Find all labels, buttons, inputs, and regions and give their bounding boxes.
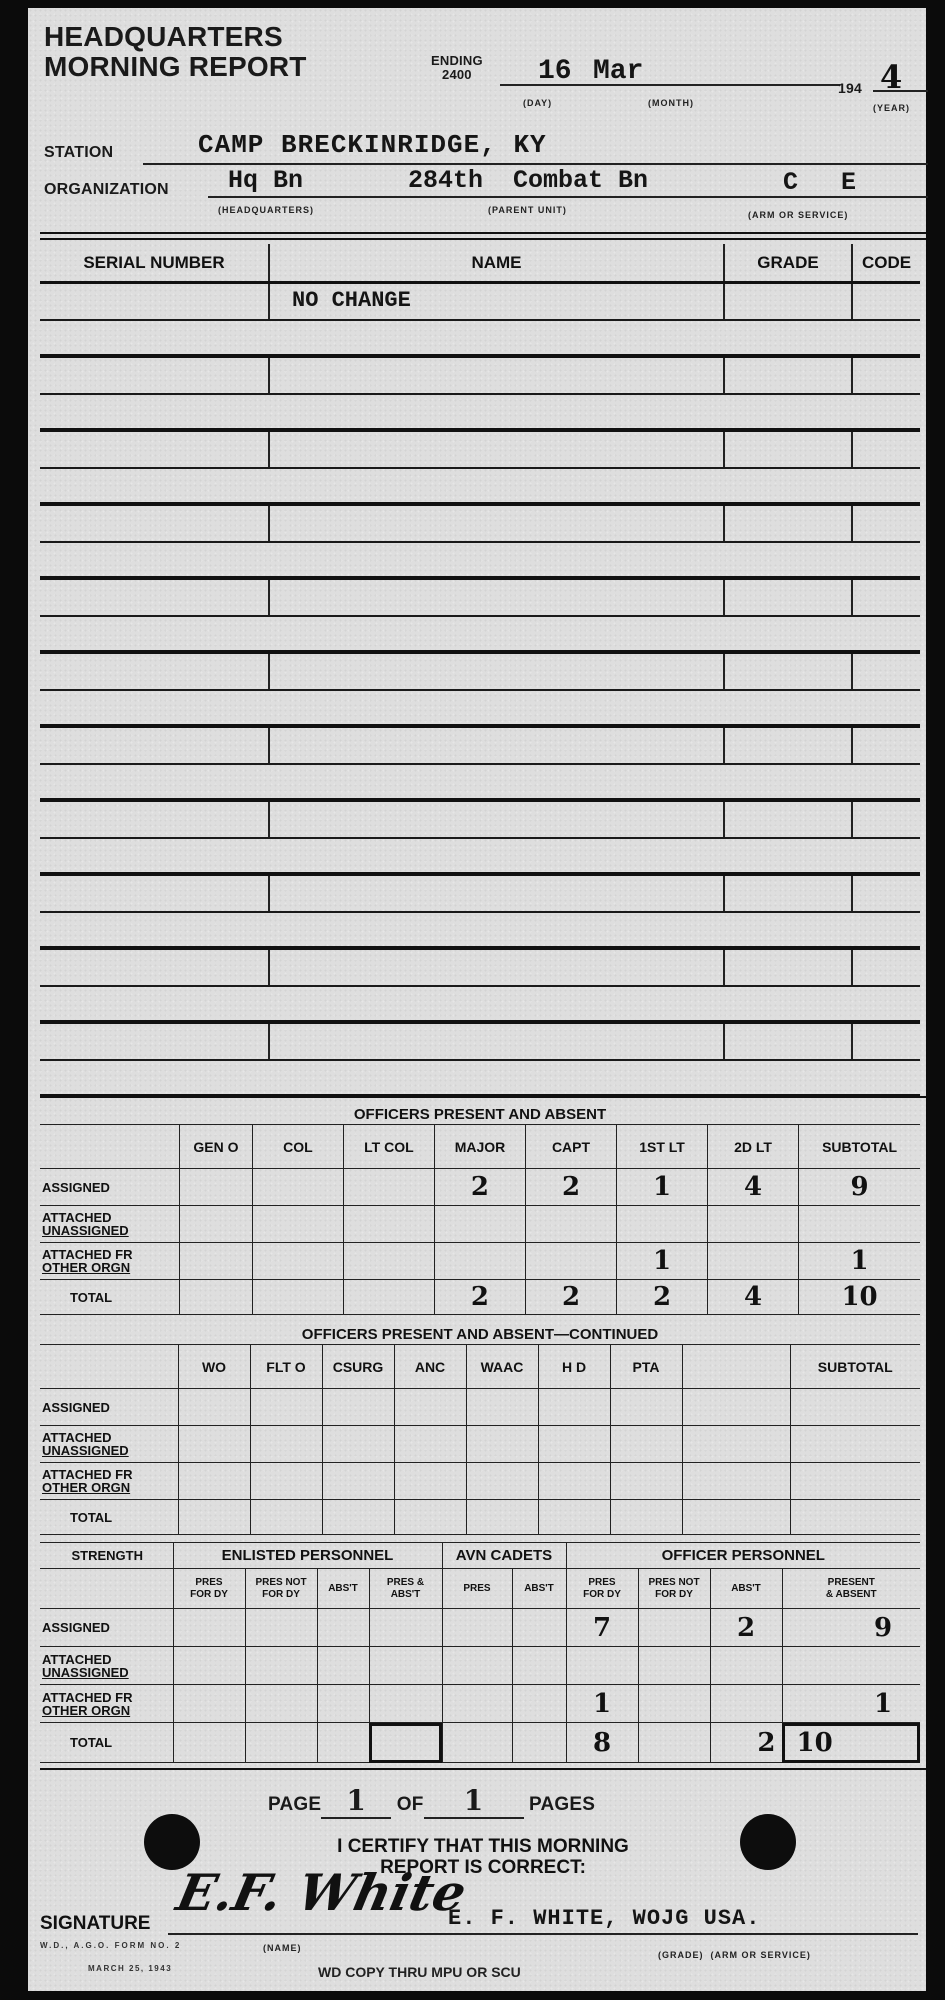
grade-cell[interactable]	[723, 580, 851, 615]
sub-header-line: FOR DY	[246, 1589, 317, 1601]
strength-row-total: TOTAL 8 2 10	[40, 1723, 920, 1763]
data-cell[interactable]	[180, 1206, 253, 1243]
sub-header-line: PRES NOT	[246, 1577, 317, 1589]
data-cell[interactable]	[245, 1647, 317, 1685]
of-label: OF	[397, 1794, 424, 1815]
sub-header: PRES &ABS'T	[369, 1569, 442, 1609]
roster-remarks-row[interactable]	[40, 321, 920, 358]
pages-label: PAGES	[529, 1794, 595, 1815]
data-cell[interactable]	[638, 1685, 710, 1723]
data-cell[interactable]	[343, 1169, 434, 1206]
grade-cell[interactable]	[723, 950, 851, 985]
data-cell[interactable]: 4	[708, 1169, 799, 1206]
data-cell[interactable]	[173, 1723, 245, 1763]
row-label: ASSIGNED	[40, 1389, 178, 1426]
row-label-line-2: OTHER ORGN	[42, 1261, 179, 1274]
data-cell[interactable]	[250, 1463, 322, 1500]
data-cell[interactable]: 2	[710, 1609, 782, 1647]
data-cell[interactable]	[566, 1647, 638, 1685]
row-label: ATTACHED FROTHER ORGN	[40, 1685, 173, 1723]
data-cell[interactable]: 9	[782, 1609, 920, 1647]
data-cell[interactable]	[317, 1647, 369, 1685]
column-header: 2D LT	[708, 1125, 799, 1169]
sub-header: PRES NOTFOR DY	[638, 1569, 710, 1609]
data-cell[interactable]: 7	[566, 1609, 638, 1647]
data-cell[interactable]	[790, 1463, 920, 1500]
divider	[40, 1768, 926, 1770]
roster-remarks-row[interactable]	[40, 913, 920, 950]
data-cell[interactable]	[442, 1609, 512, 1647]
row-label-line-2: UNASSIGNED	[42, 1224, 179, 1237]
data-cell[interactable]	[442, 1685, 512, 1723]
sub-header: PRESFOR DY	[566, 1569, 638, 1609]
data-cell[interactable]	[512, 1609, 566, 1647]
data-cell[interactable]: 2	[525, 1280, 616, 1315]
data-cell[interactable]	[173, 1609, 245, 1647]
serial-cell[interactable]	[40, 284, 268, 319]
data-cell[interactable]: 2	[434, 1169, 525, 1206]
officers-row-attached-other: ATTACHED FROTHER ORGN 1 1	[40, 1243, 920, 1280]
column-header: CSURG	[322, 1345, 394, 1389]
column-header: WO	[178, 1345, 250, 1389]
roster-remarks-row[interactable]	[40, 765, 920, 802]
total-pages[interactable]: 1	[424, 1784, 524, 1819]
data-cell[interactable]	[178, 1463, 250, 1500]
data-cell[interactable]: 1	[617, 1169, 708, 1206]
column-header-serial: SERIAL NUMBER	[40, 244, 268, 281]
year-prefix: 194	[838, 80, 862, 96]
data-cell[interactable]	[525, 1206, 616, 1243]
form-date: MARCH 25, 1943	[88, 1964, 172, 1973]
code-cell[interactable]	[851, 802, 920, 837]
column-header: COL	[252, 1125, 343, 1169]
data-cell[interactable]: 1	[782, 1685, 920, 1723]
sub-header-line: ABS'T	[711, 1583, 782, 1595]
row-label: ATTACHED FROTHER ORGN	[40, 1463, 178, 1500]
caption-year: (YEAR)	[873, 103, 910, 113]
code-cell[interactable]	[851, 358, 920, 393]
data-cell[interactable]	[442, 1647, 512, 1685]
data-cell[interactable]	[322, 1463, 394, 1500]
sub-header: PRES	[442, 1569, 512, 1609]
officers-row-attached-unassigned: ATTACHEDUNASSIGNED	[40, 1206, 920, 1243]
data-cell[interactable]	[512, 1723, 566, 1763]
data-cell[interactable]	[369, 1647, 442, 1685]
data-cell[interactable]	[245, 1723, 317, 1763]
certify-line-1: I CERTIFY THAT THIS MORNING	[318, 1836, 648, 1857]
data-cell[interactable]	[322, 1500, 394, 1535]
divider	[40, 232, 926, 234]
data-cell[interactable]	[466, 1426, 538, 1463]
data-cell[interactable]	[434, 1243, 525, 1280]
grade-cell[interactable]	[723, 284, 851, 319]
name-cell[interactable]	[268, 654, 723, 689]
column-header: PTA	[610, 1345, 682, 1389]
data-cell[interactable]	[178, 1389, 250, 1426]
arm-or-service-field[interactable]: C E	[783, 168, 870, 197]
name-cell[interactable]	[268, 876, 723, 911]
roster-row[interactable]: NO CHANGE	[40, 284, 920, 321]
column-header: LT COL	[343, 1125, 434, 1169]
sub-header-line: PRES NOT	[639, 1577, 710, 1589]
ending-label: ENDING 2400	[431, 54, 483, 82]
column-header: FLT O	[250, 1345, 322, 1389]
strength-label: STRENGTH	[40, 1543, 173, 1569]
data-cell[interactable]	[610, 1426, 682, 1463]
officers-row-total: TOTAL 2 2 2 4 10	[40, 1280, 920, 1315]
data-cell[interactable]	[790, 1389, 920, 1426]
name-cell[interactable]	[268, 432, 723, 467]
column-header: 1ST LT	[617, 1125, 708, 1169]
caption-day: (DAY)	[523, 98, 552, 108]
row-label-line-1: ATTACHED FR	[42, 1691, 173, 1704]
roster-row[interactable]	[40, 802, 920, 839]
caption-month: (MONTH)	[648, 98, 694, 108]
data-cell[interactable]	[178, 1426, 250, 1463]
officers-continued-table: WO FLT O CSURG ANC WAAC H D PTA SUBTOTAL…	[40, 1344, 920, 1535]
strength-table: STRENGTH ENLISTED PERSONNEL AVN CADETS O…	[40, 1542, 920, 1763]
sub-header-line: ABS'T	[318, 1583, 369, 1595]
data-cell[interactable]	[610, 1500, 682, 1535]
column-header: CAPT	[525, 1125, 616, 1169]
data-cell[interactable]	[538, 1426, 610, 1463]
continued-row-attached-unassigned: ATTACHEDUNASSIGNED	[40, 1426, 920, 1463]
row-label: TOTAL	[40, 1500, 178, 1535]
code-cell[interactable]	[851, 580, 920, 615]
row-label: ASSIGNED	[40, 1609, 173, 1647]
data-cell[interactable]: 1	[566, 1685, 638, 1723]
corner-cell	[40, 1569, 173, 1609]
data-cell[interactable]: 10	[782, 1723, 920, 1763]
data-cell[interactable]	[252, 1169, 343, 1206]
code-cell[interactable]	[851, 876, 920, 911]
data-cell[interactable]: 1	[617, 1243, 708, 1280]
data-cell[interactable]	[799, 1206, 920, 1243]
sub-header: ABS'T	[710, 1569, 782, 1609]
caption-name: (NAME)	[263, 1943, 302, 1953]
column-header: SUBTOTAL	[790, 1345, 920, 1389]
code-cell[interactable]	[851, 654, 920, 689]
officers-section-title: OFFICERS PRESENT AND ABSENT	[40, 1106, 920, 1123]
page-number[interactable]: 1	[321, 1784, 391, 1819]
data-cell[interactable]	[466, 1463, 538, 1500]
data-cell[interactable]	[245, 1609, 317, 1647]
sub-header-line: ABS'T	[370, 1589, 442, 1601]
data-cell[interactable]	[317, 1609, 369, 1647]
data-cell[interactable]	[322, 1426, 394, 1463]
handwritten-signature[interactable]: E.F. White	[172, 1863, 472, 1922]
report-year-digit[interactable]: 4	[880, 58, 902, 96]
ending-label-1: ENDING	[431, 54, 483, 68]
data-cell[interactable]	[708, 1206, 799, 1243]
title-line-1: HEADQUARTERS	[44, 22, 307, 52]
data-cell[interactable]	[343, 1243, 434, 1280]
data-cell[interactable]	[173, 1647, 245, 1685]
caption-grade-arm: (GRADE) (ARM OR SERVICE)	[658, 1950, 811, 1960]
caption-arm-or-service: (ARM OR SERVICE)	[748, 210, 848, 220]
data-cell[interactable]	[322, 1389, 394, 1426]
sub-header: PRES NOTFOR DY	[245, 1569, 317, 1609]
data-cell[interactable]	[369, 1723, 442, 1763]
data-cell[interactable]	[466, 1389, 538, 1426]
corner-cell	[40, 1345, 178, 1389]
data-cell[interactable]	[710, 1685, 782, 1723]
officers-row-assigned: ASSIGNED 2 2 1 4 9	[40, 1169, 920, 1206]
routing-note: WD COPY THRU MPU OR SCU	[318, 1964, 521, 1980]
data-cell[interactable]: 2	[525, 1169, 616, 1206]
row-label-line-2: UNASSIGNED	[42, 1444, 178, 1457]
data-cell[interactable]	[343, 1206, 434, 1243]
data-cell[interactable]	[180, 1169, 253, 1206]
data-cell[interactable]	[250, 1389, 322, 1426]
group-header-cadets: AVN CADETS	[442, 1543, 566, 1569]
row-label: ASSIGNED	[40, 1169, 180, 1206]
data-cell[interactable]	[394, 1463, 466, 1500]
strength-row-attached-unassigned: ATTACHEDUNASSIGNED	[40, 1647, 920, 1685]
data-cell[interactable]: 2	[434, 1280, 525, 1315]
name-cell[interactable]	[268, 358, 723, 393]
form-number: W.D., A.G.O. FORM NO. 2	[40, 1941, 181, 1950]
data-cell[interactable]	[252, 1206, 343, 1243]
signature-underline	[168, 1933, 918, 1935]
caption-headquarters: (HEADQUARTERS)	[218, 205, 314, 215]
data-cell[interactable]	[394, 1426, 466, 1463]
data-cell[interactable]: 2	[710, 1723, 782, 1763]
data-cell[interactable]: 9	[799, 1169, 920, 1206]
data-cell[interactable]	[394, 1389, 466, 1426]
morning-report-form: HEADQUARTERS MORNING REPORT ENDING 2400 …	[28, 8, 926, 1991]
data-cell[interactable]	[343, 1280, 434, 1315]
data-cell[interactable]	[617, 1206, 708, 1243]
data-cell[interactable]: 1	[799, 1243, 920, 1280]
continued-row-total: TOTAL	[40, 1500, 920, 1535]
station-underline	[143, 163, 928, 165]
name-cell[interactable]	[268, 950, 723, 985]
grade-cell[interactable]	[723, 802, 851, 837]
binder-hole-icon	[144, 1814, 200, 1870]
data-cell[interactable]	[245, 1685, 317, 1723]
roster-remarks-row[interactable]	[40, 691, 920, 728]
headquarters-field[interactable]: Hq Bn	[228, 166, 303, 195]
grade-cell[interactable]	[723, 876, 851, 911]
column-header-grade: GRADE	[723, 244, 851, 281]
station-label: STATION	[44, 144, 113, 162]
roster-row[interactable]	[40, 1024, 920, 1061]
divider	[40, 1096, 926, 1098]
roster-row[interactable]	[40, 580, 920, 617]
name-cell[interactable]	[268, 1024, 723, 1059]
data-cell[interactable]: 2	[617, 1280, 708, 1315]
parent-unit-field[interactable]: 284th Combat Bn	[408, 166, 648, 195]
binder-hole-icon	[740, 1814, 796, 1870]
data-cell[interactable]	[394, 1500, 466, 1535]
data-cell[interactable]	[538, 1500, 610, 1535]
sub-header-line: PRES	[443, 1583, 512, 1595]
column-header-name: NAME	[268, 244, 723, 281]
group-header-enlisted: ENLISTED PERSONNEL	[173, 1543, 442, 1569]
roster-remarks-row[interactable]	[40, 839, 920, 876]
data-cell[interactable]: 4	[708, 1280, 799, 1315]
column-header: MAJOR	[434, 1125, 525, 1169]
grade-cell[interactable]	[723, 728, 851, 763]
name-cell[interactable]	[268, 580, 723, 615]
grade-cell[interactable]	[723, 654, 851, 689]
row-label: ATTACHED FROTHER ORGN	[40, 1243, 180, 1280]
data-cell[interactable]: 8	[566, 1723, 638, 1763]
data-cell[interactable]	[638, 1723, 710, 1763]
row-label: TOTAL	[40, 1280, 180, 1315]
data-cell[interactable]	[250, 1500, 322, 1535]
data-cell[interactable]	[682, 1426, 790, 1463]
column-header: WAAC	[466, 1345, 538, 1389]
row-label-line-2: OTHER ORGN	[42, 1704, 173, 1717]
grade-cell[interactable]	[723, 1024, 851, 1059]
sub-header: ABS'T	[512, 1569, 566, 1609]
data-cell[interactable]	[610, 1389, 682, 1426]
data-cell[interactable]	[682, 1463, 790, 1500]
station-field[interactable]: CAMP BRECKINRIDGE, KY	[198, 130, 547, 160]
data-cell[interactable]	[682, 1500, 790, 1535]
title-line-2: MORNING REPORT	[44, 52, 307, 82]
roster-row[interactable]	[40, 506, 920, 543]
sub-header-line: PRES &	[370, 1577, 442, 1589]
corner-cell	[40, 1125, 180, 1169]
report-month[interactable]: Mar	[593, 56, 643, 87]
column-header: H D	[538, 1345, 610, 1389]
sub-header: ABS'T	[317, 1569, 369, 1609]
roster-remarks-row[interactable]	[40, 617, 920, 654]
officers-table: GEN O COL LT COL MAJOR CAPT 1ST LT 2D LT…	[40, 1124, 920, 1315]
name-value: NO CHANGE	[292, 288, 411, 313]
roster-remarks-row[interactable]	[40, 395, 920, 432]
data-cell[interactable]	[638, 1609, 710, 1647]
sub-header-line: PRES	[174, 1577, 245, 1589]
data-cell[interactable]: 10	[799, 1280, 920, 1315]
data-cell[interactable]	[369, 1609, 442, 1647]
roster-remarks-row[interactable]	[40, 987, 920, 1024]
name-cell[interactable]	[268, 802, 723, 837]
grade-cell[interactable]	[723, 506, 851, 541]
column-header: ANC	[394, 1345, 466, 1389]
data-cell[interactable]	[710, 1647, 782, 1685]
data-cell[interactable]	[369, 1685, 442, 1723]
data-cell[interactable]	[512, 1647, 566, 1685]
row-label: ATTACHEDUNASSIGNED	[40, 1647, 173, 1685]
roster-header: SERIAL NUMBER NAME GRADE CODE	[40, 244, 920, 284]
data-cell[interactable]	[638, 1647, 710, 1685]
data-cell[interactable]	[434, 1206, 525, 1243]
roster-row[interactable]	[40, 876, 920, 913]
roster-body: NO CHANGE	[40, 284, 920, 1098]
grade-cell[interactable]	[723, 432, 851, 467]
data-cell[interactable]	[682, 1389, 790, 1426]
column-header	[682, 1345, 790, 1389]
data-cell[interactable]	[525, 1243, 616, 1280]
data-cell[interactable]	[610, 1463, 682, 1500]
name-cell[interactable]: NO CHANGE	[268, 284, 723, 319]
roster-row[interactable]	[40, 432, 920, 469]
data-cell[interactable]	[317, 1685, 369, 1723]
row-label-line-1: ATTACHED	[42, 1653, 173, 1666]
strength-row-assigned: ASSIGNED 7 2 9	[40, 1609, 920, 1647]
data-cell[interactable]	[173, 1685, 245, 1723]
sub-header-line: FOR DY	[174, 1589, 245, 1601]
organization-label: ORGANIZATION	[44, 181, 169, 199]
data-cell[interactable]	[178, 1500, 250, 1535]
row-label-line-2: OTHER ORGN	[42, 1481, 178, 1494]
sub-header-line: FOR DY	[567, 1589, 638, 1601]
row-label: TOTAL	[40, 1723, 173, 1763]
sub-header: PRESENT& ABSENT	[782, 1569, 920, 1609]
code-cell[interactable]	[851, 284, 920, 319]
continued-row-assigned: ASSIGNED	[40, 1389, 920, 1426]
roster-row[interactable]	[40, 950, 920, 987]
page-label: PAGE	[268, 1794, 321, 1815]
roster-row[interactable]	[40, 654, 920, 691]
report-day[interactable]: 16	[538, 56, 572, 87]
code-cell[interactable]	[851, 1024, 920, 1059]
signature-label: SIGNATURE	[40, 1913, 150, 1935]
sub-header-line: & ABSENT	[783, 1589, 921, 1601]
data-cell[interactable]	[180, 1280, 253, 1315]
row-label: ATTACHEDUNASSIGNED	[40, 1426, 178, 1463]
row-label-line-2: UNASSIGNED	[42, 1666, 173, 1679]
page-count: PAGE1 OF1 PAGES	[268, 1784, 595, 1819]
data-cell[interactable]	[466, 1500, 538, 1535]
roster-remarks-row[interactable]	[40, 469, 920, 506]
roster-row[interactable]	[40, 358, 920, 395]
name-cell[interactable]	[268, 506, 723, 541]
name-cell[interactable]	[268, 728, 723, 763]
roster-remarks-row[interactable]	[40, 543, 920, 580]
data-cell[interactable]	[250, 1426, 322, 1463]
data-cell[interactable]	[442, 1723, 512, 1763]
data-cell[interactable]	[790, 1426, 920, 1463]
data-cell[interactable]	[538, 1463, 610, 1500]
data-cell[interactable]	[790, 1500, 920, 1535]
data-cell[interactable]	[512, 1685, 566, 1723]
grade-cell[interactable]	[723, 358, 851, 393]
column-header: SUBTOTAL	[799, 1125, 920, 1169]
data-cell[interactable]	[538, 1389, 610, 1426]
roster-row[interactable]	[40, 728, 920, 765]
sub-header: PRESFOR DY	[173, 1569, 245, 1609]
code-cell[interactable]	[851, 432, 920, 467]
signer-typed-name[interactable]: E. F. WHITE, WOJG USA.	[448, 1906, 760, 1931]
strength-row-attached-other: ATTACHED FROTHER ORGN 1 1	[40, 1685, 920, 1723]
column-header: GEN O	[180, 1125, 253, 1169]
data-cell[interactable]	[782, 1647, 920, 1685]
row-label: ATTACHEDUNASSIGNED	[40, 1206, 180, 1243]
code-cell[interactable]	[851, 950, 920, 985]
data-cell[interactable]	[317, 1723, 369, 1763]
sub-header-line: ABS'T	[513, 1583, 566, 1595]
caption-parent-unit: (PARENT UNIT)	[488, 205, 567, 215]
officers-continued-title: OFFICERS PRESENT AND ABSENT—CONTINUED	[40, 1326, 920, 1343]
code-cell[interactable]	[851, 728, 920, 763]
sub-header-line: PRESENT	[783, 1577, 921, 1589]
data-cell[interactable]	[708, 1243, 799, 1280]
continued-row-attached-other: ATTACHED FROTHER ORGN	[40, 1463, 920, 1500]
group-header-officer: OFFICER PERSONNEL	[566, 1543, 920, 1569]
form-title: HEADQUARTERS MORNING REPORT	[44, 22, 307, 82]
data-cell[interactable]	[180, 1243, 253, 1280]
data-cell[interactable]	[252, 1243, 343, 1280]
sub-header-line: PRES	[567, 1577, 638, 1589]
data-cell[interactable]	[252, 1280, 343, 1315]
code-cell[interactable]	[851, 506, 920, 541]
roster-remarks-row[interactable]	[40, 1061, 920, 1098]
